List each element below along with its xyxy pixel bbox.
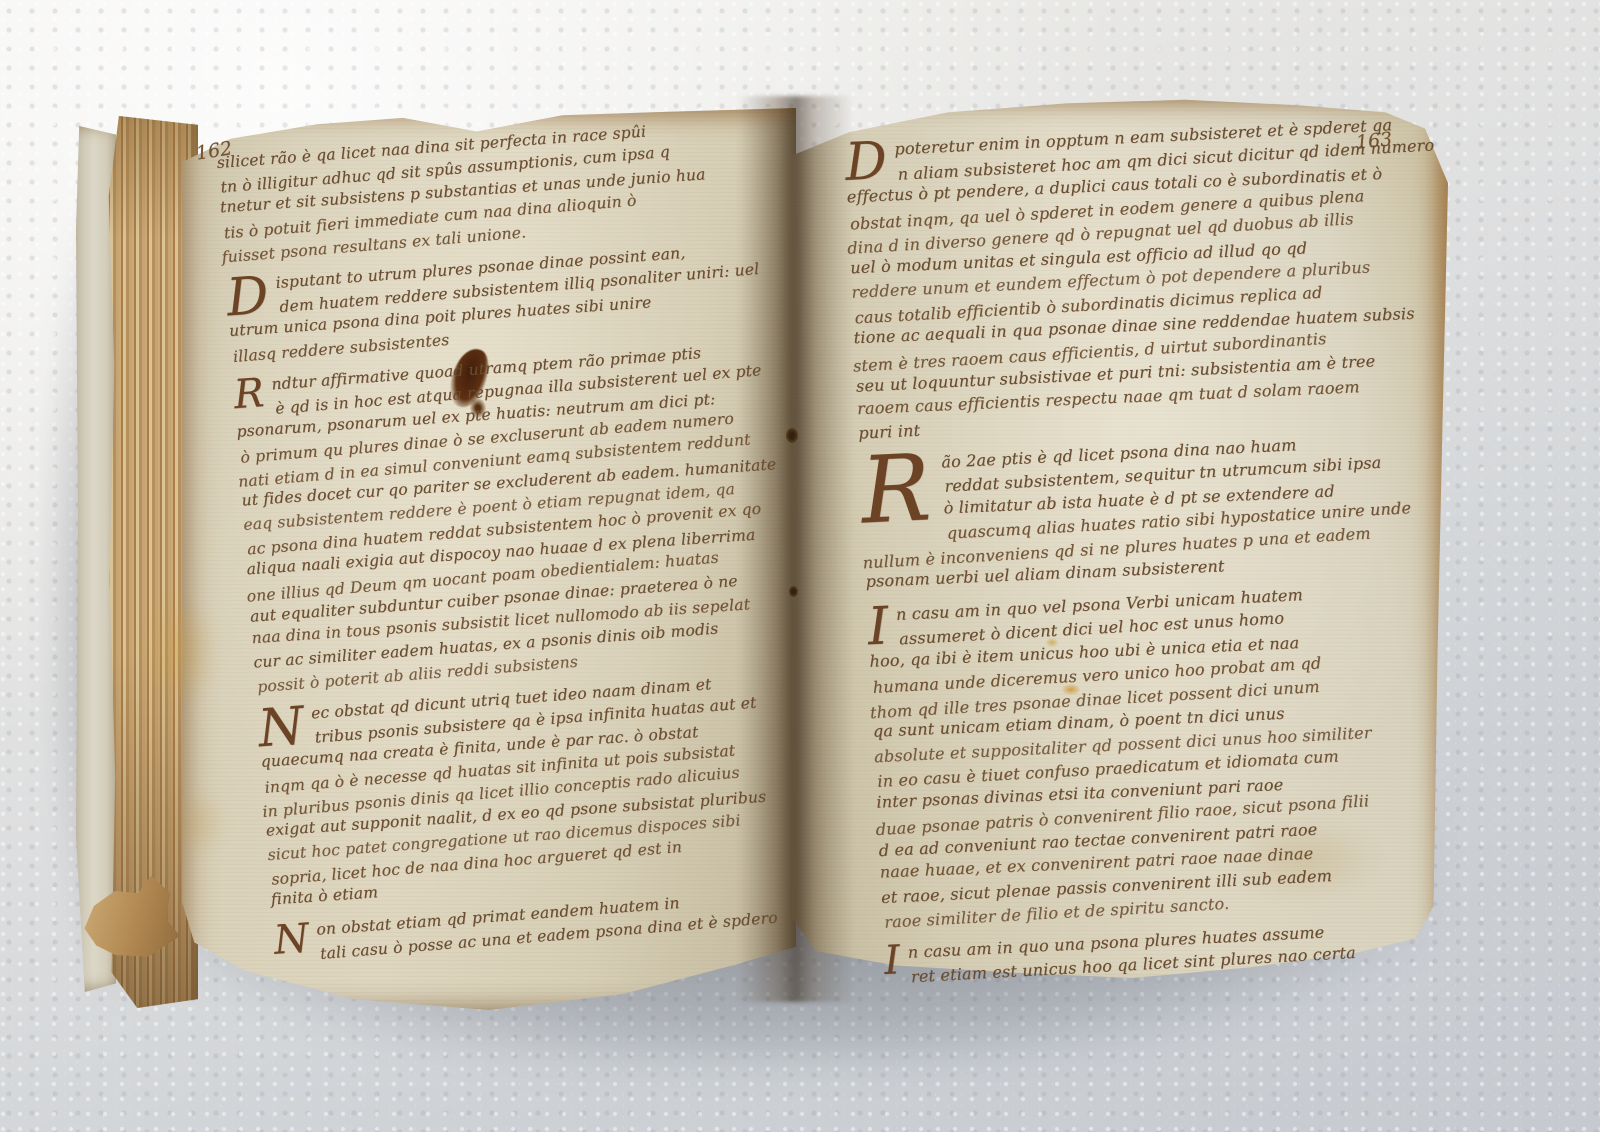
- paragraph: Rndtur affirmative quoad utramq ptem rão…: [232, 335, 814, 697]
- right-page-handwritten-text: Dpoteretur enim in opptum n eam subsiste…: [844, 112, 1465, 998]
- paragraph: Nec obstat qd dicunt utriq tuet ideo naa…: [257, 665, 831, 912]
- left-page-handwritten-text: silicet rão è qa licet naa dina sit perf…: [216, 111, 835, 977]
- photograph-of-open-manuscript: 162 163 silicet rão è qa licet naa dina …: [0, 0, 1600, 1132]
- paragraph: In casu am in quo vel psona Verbi unicam…: [867, 576, 1462, 933]
- paragraph: Rão 2ae ptis è qd licet psona dina nao h…: [859, 426, 1445, 595]
- paragraph: Dpoteretur enim in opptum n eam subsiste…: [844, 112, 1438, 445]
- vellum-binding-edge: [76, 126, 116, 992]
